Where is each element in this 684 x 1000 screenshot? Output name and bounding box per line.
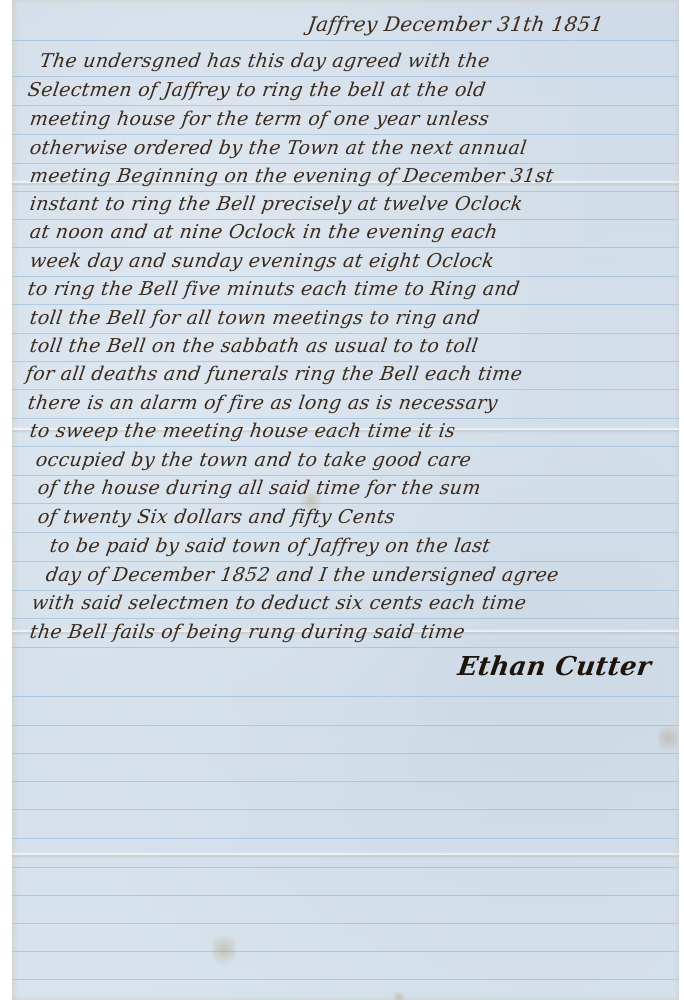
ruled-line [12, 389, 679, 390]
text-line-3: meeting house for the term of one year u… [28, 108, 490, 130]
text-line-2: Selectmen of Jaffrey to ring the bell at… [26, 79, 487, 101]
text-line-1: The undersgned has this day agreed with … [38, 50, 491, 72]
ruled-line [12, 418, 679, 419]
signature: Ethan Cutter [456, 652, 653, 682]
ruled-line [12, 895, 679, 896]
text-line-17: of twenty Six dollars and fifty Cents [36, 506, 396, 528]
ruled-line [12, 276, 679, 277]
ruled-line [12, 475, 679, 476]
ruled-line [12, 809, 679, 810]
paper-fold [12, 852, 679, 858]
ruled-line [12, 191, 679, 192]
text-line-14: to sweep the meeting house each time it … [28, 420, 456, 442]
text-line-21: the Bell fails of being rung during said… [28, 621, 466, 643]
ruled-line [12, 753, 679, 754]
foxing-spot [392, 990, 406, 1000]
ruled-line [12, 590, 679, 591]
text-line-18: to be paid by said town of Jaffrey on th… [48, 535, 491, 557]
ruled-line [12, 503, 679, 504]
ruled-line [12, 219, 679, 220]
ruled-line [12, 40, 679, 41]
ruled-line [12, 838, 679, 839]
ruled-line [12, 446, 679, 447]
water-stain [658, 720, 678, 756]
ruled-line [12, 725, 679, 726]
ruled-line [12, 532, 679, 533]
text-line-5: meeting Beginning on the evening of Dece… [28, 165, 555, 187]
text-line-19: day of December 1852 and I the undersign… [44, 564, 560, 586]
ruled-line [12, 163, 679, 164]
text-line-16: of the house during all said time for th… [36, 477, 482, 499]
text-line-11: toll the Bell on the sabbath as usual to… [28, 335, 479, 357]
ruled-line [12, 561, 679, 562]
ruled-line [12, 134, 679, 135]
foxing-spot [212, 930, 236, 970]
ruled-line [12, 304, 679, 305]
text-line-8: week day and sunday evenings at eight Oc… [28, 250, 495, 272]
ruled-line [12, 979, 679, 980]
ruled-line [12, 76, 679, 77]
ruled-line [12, 105, 679, 106]
ruled-line [12, 333, 679, 334]
ruled-line [12, 361, 679, 362]
ruled-line [12, 923, 679, 924]
ruled-line [12, 647, 679, 648]
text-line-10: toll the Bell for all town meetings to r… [28, 307, 481, 329]
text-line-7: at noon and at nine Oclock in the evenin… [28, 221, 499, 243]
text-line-4: otherwise ordered by the Town at the nex… [28, 137, 528, 159]
text-line-6: instant to ring the Bell precisely at tw… [28, 193, 524, 215]
ruled-line [12, 951, 679, 952]
text-line-20: with said selectmen to deduct six cents … [30, 592, 527, 614]
ruled-line [12, 618, 679, 619]
ruled-line [12, 696, 679, 697]
ruled-line [12, 867, 679, 868]
ruled-line [12, 781, 679, 782]
text-line-12: for all deaths and funerals ring the Bel… [24, 363, 523, 385]
ruled-line [12, 247, 679, 248]
text-line-13: there is an alarm of fire as long as is … [26, 392, 499, 414]
text-line-15: occupied by the town and to take good ca… [34, 449, 472, 471]
letter-date-header: Jaffrey December 31th 1851 [306, 12, 605, 36]
text-line-9: to ring the Bell five minuts each time t… [26, 278, 521, 300]
